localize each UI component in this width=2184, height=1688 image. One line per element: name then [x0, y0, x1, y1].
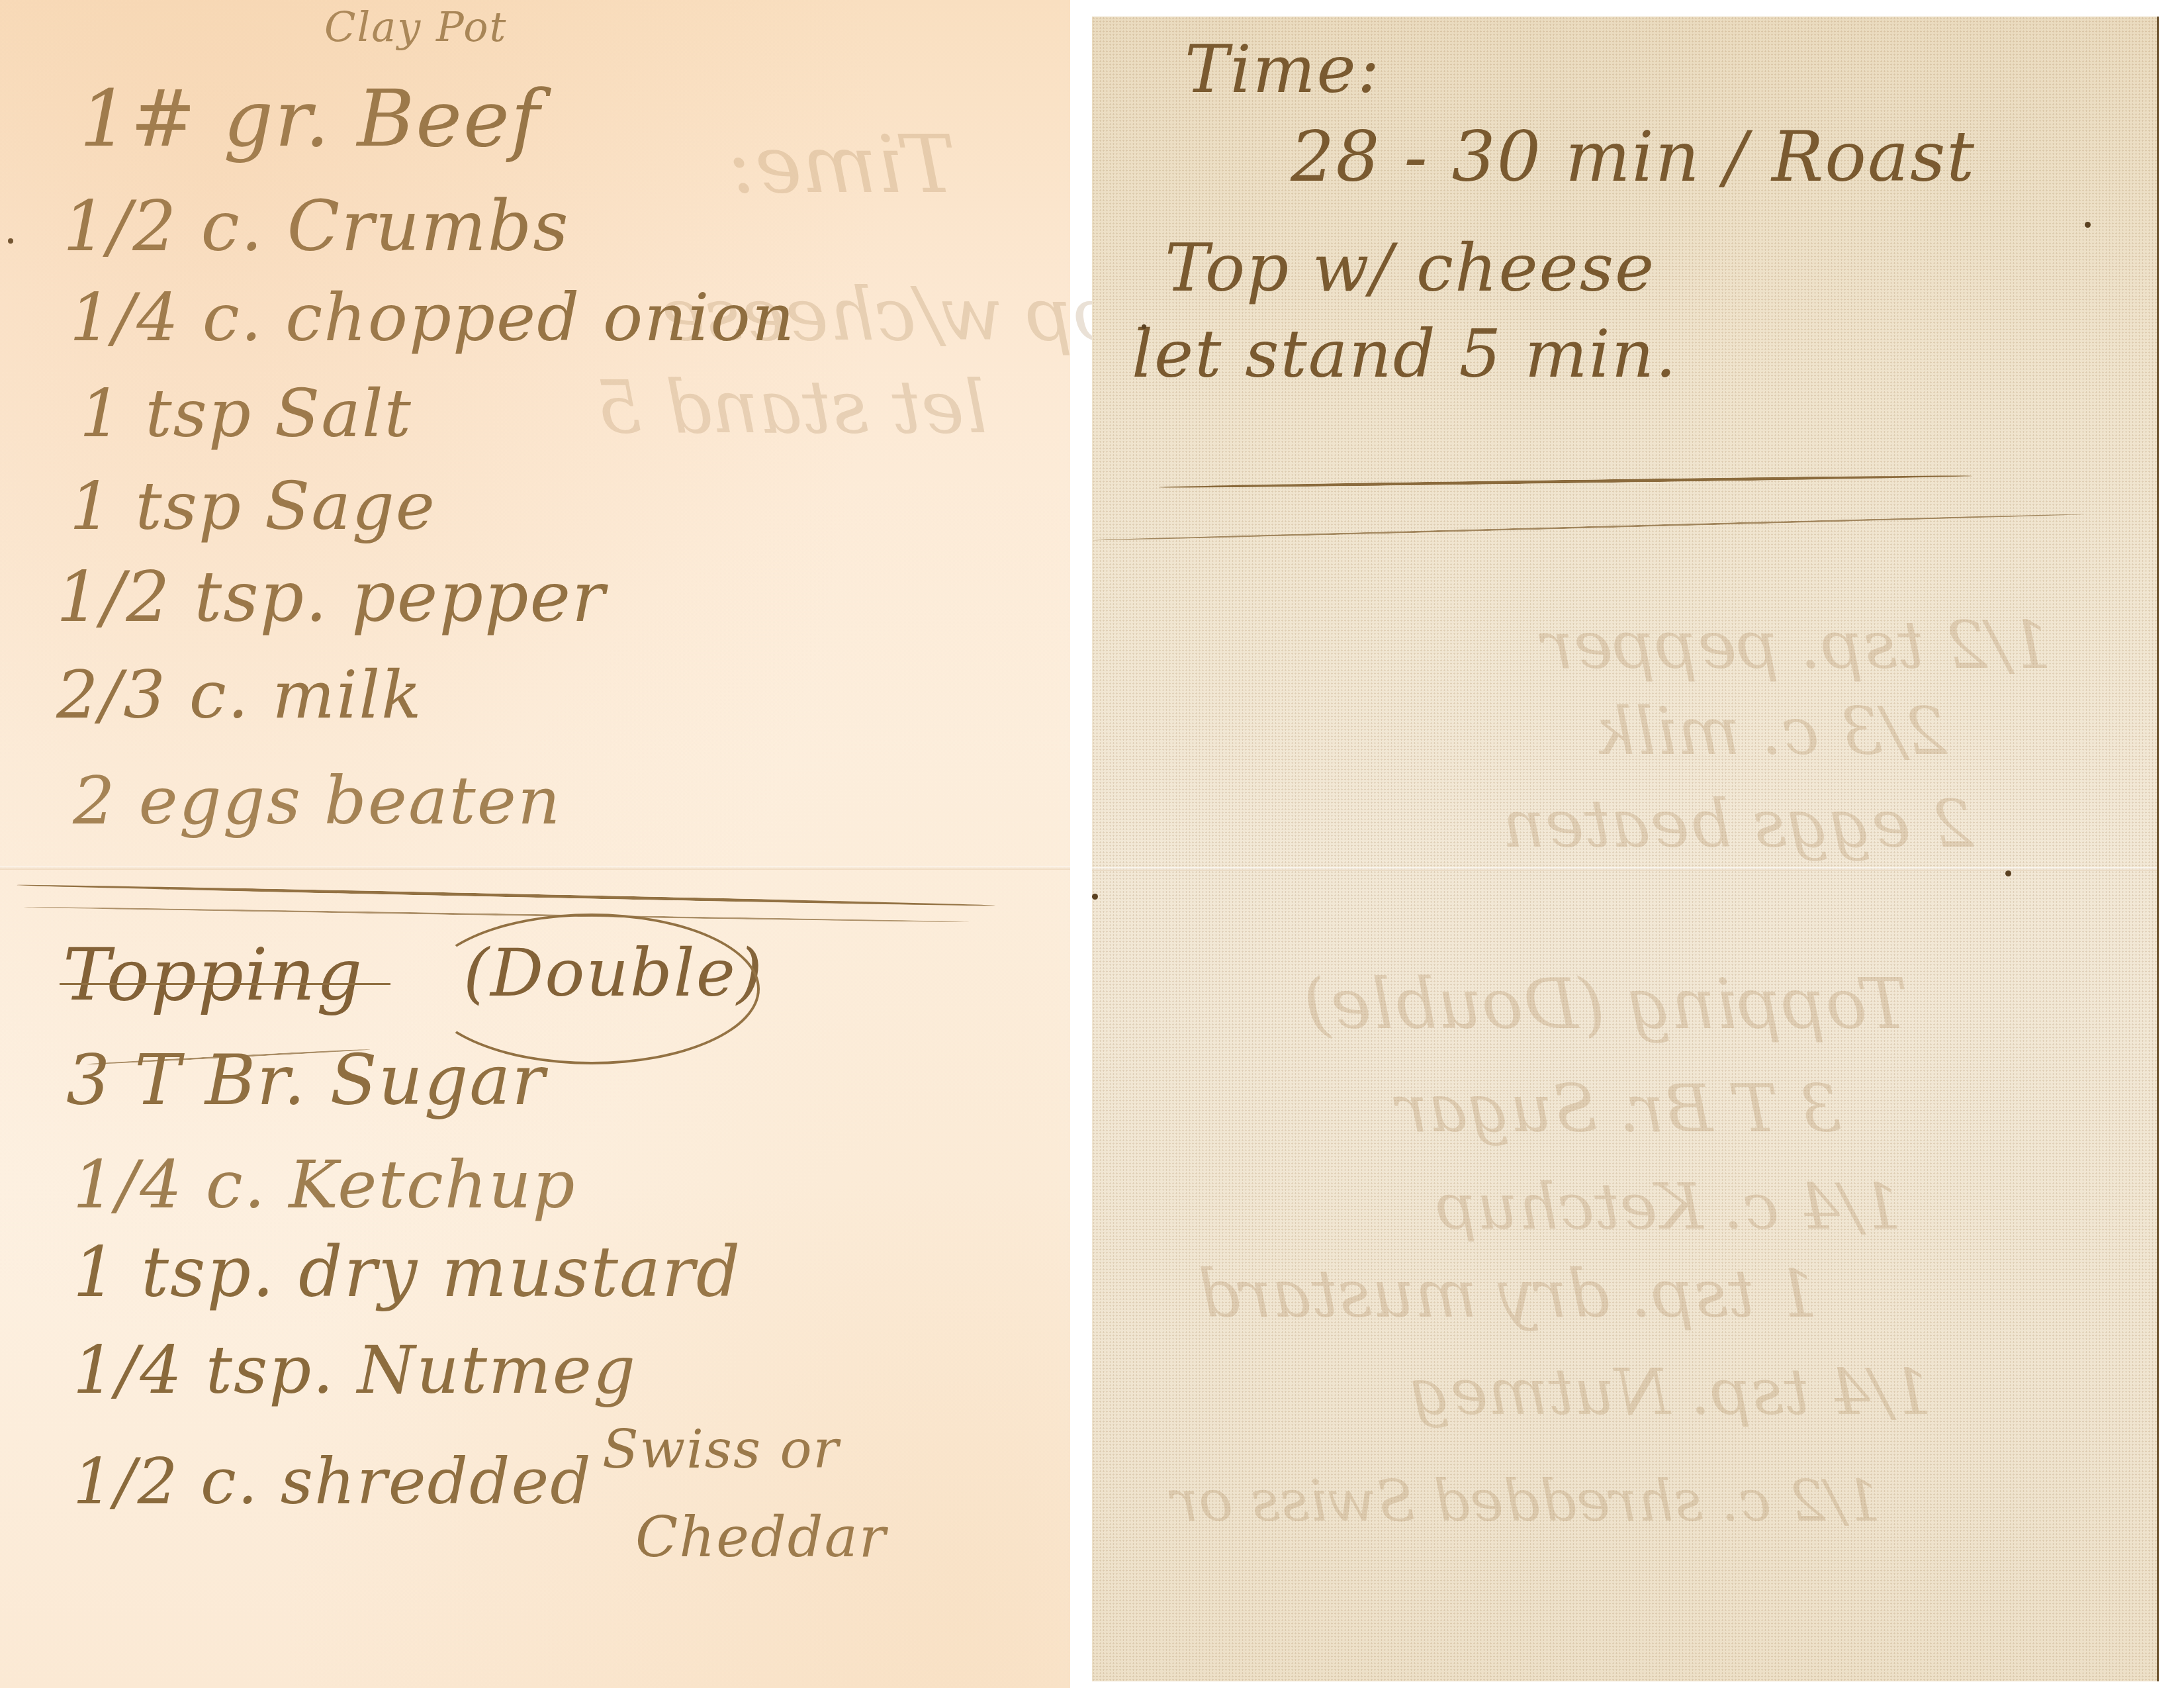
ingredient-qty: 1/2 tsp. [56, 557, 328, 637]
ingredient-item: pepper [351, 557, 606, 637]
ingredient-item: chopped onion [285, 279, 796, 356]
ingredient-line: 2 eggs beaten [73, 768, 561, 834]
ingredient-item: Sage [265, 467, 436, 545]
topping-item: Nutmeg [357, 1331, 637, 1409]
ingredient-qty: 1/4 c. [69, 279, 263, 356]
ingredient-item: Salt [275, 375, 412, 452]
time-label: Time: [1185, 36, 1381, 103]
paper-fold-line [1092, 867, 2157, 871]
topping-cheese-option: Swiss or [602, 1423, 840, 1476]
ingredient-line: 1/2 c. Crumbs [63, 192, 570, 261]
topping-item: Ketchup [289, 1146, 576, 1223]
topping-line: 1/4 c. Ketchup [73, 1152, 576, 1218]
topping-line: 3 T Br. Sugar [66, 1046, 546, 1115]
recipe-page-front: Time: Top w/cheese let stand 5 Clay Pot … [0, 0, 1070, 1688]
ingredient-item: eggs beaten [138, 762, 561, 839]
bleed-through-text: 3 T Br. Sugar [1396, 1076, 1841, 1142]
separator-rule [1092, 513, 2085, 541]
ingredient-qty: 1/2 c. [63, 186, 264, 267]
ink-speck [2085, 222, 2091, 228]
bleed-through-text: 1/2 tsp. pepper [1542, 612, 2052, 679]
ingredient-line: 1 tsp Sage [69, 473, 436, 539]
bleed-through-text: Topping (Double) [1304, 970, 1907, 1039]
topping-qty: 1 tsp. [73, 1232, 275, 1313]
topping-qty: 1/4 c. [73, 1146, 267, 1223]
instruction-step: Top w/ cheese [1165, 235, 1655, 301]
ingredient-item: Crumbs [287, 186, 570, 267]
bleed-through-text: 1/4 tsp. Nutmeg [1410, 1360, 1932, 1424]
ingredient-line: 2/3 c. milk [56, 662, 423, 728]
ink-speck [1092, 894, 1098, 900]
topping-line: 1/2 c. shredded [73, 1450, 592, 1513]
bleed-through-text: 2/3 c. milk [1595, 698, 1947, 765]
topping-cheese-option: Cheddar [635, 1509, 887, 1565]
topping-heading: Topping [63, 940, 363, 1011]
bleed-through-text: Time: [728, 126, 956, 205]
topping-qty: 1/4 tsp. [73, 1331, 335, 1409]
ink-speck [8, 238, 13, 244]
bleed-through-text: 2 eggs beaten [1502, 791, 1974, 857]
paper-fold-line [0, 866, 1070, 870]
bleed-through-text: 1/2 c. shredded Swiss or [1171, 1473, 1881, 1530]
time-value: 28 - 30 min / Roast [1291, 122, 1976, 191]
ink-speck [2005, 870, 2011, 876]
separator-rule [1158, 474, 1972, 489]
ingredient-item: milk [272, 656, 422, 733]
instruction-step: let stand 5 min. [1132, 321, 1678, 387]
ink-speck [1142, 324, 1146, 329]
topping-item: dry mustard [298, 1232, 741, 1313]
ingredient-qty: 1# [79, 73, 197, 164]
ingredient-qty: 1 tsp [69, 467, 242, 545]
bleed-through-text: 1/4 c. Ketchup [1436, 1175, 1901, 1239]
topping-qty: 1/2 c. [73, 1444, 259, 1519]
topping-qty: 3 T [66, 1040, 182, 1121]
topping-item: shredded [281, 1444, 592, 1519]
ingredient-line: 1# gr. Beef [79, 79, 541, 158]
topping-item: Br. Sugar [205, 1040, 546, 1121]
separator-rule [17, 884, 996, 908]
topping-line: 1 tsp. dry mustard [73, 1238, 741, 1307]
ingredient-qty: 2/3 c. [56, 656, 250, 733]
recipe-page-back: 1/2 tsp. pepper 2/3 c. milk 2 eggs beate… [1092, 17, 2159, 1681]
ingredient-qty: 1 tsp [79, 375, 252, 452]
bleed-through-text: let stand 5 [596, 371, 987, 444]
topping-line: 1/4 tsp. Nutmeg [73, 1337, 637, 1403]
heading-strike [60, 983, 390, 985]
ingredient-item: gr. Beef [223, 73, 541, 164]
ingredient-line: 1/4 c. chopped onion [69, 285, 796, 351]
recipe-title: Clay Pot [324, 7, 507, 48]
ingredient-line: 1/2 tsp. pepper [56, 563, 606, 632]
separator-rule [23, 906, 970, 923]
ingredient-qty: 2 [73, 762, 116, 839]
bleed-through-text: 1 tsp. dry mustard [1198, 1261, 1818, 1327]
ingredient-line: 1 tsp Salt [79, 381, 412, 447]
